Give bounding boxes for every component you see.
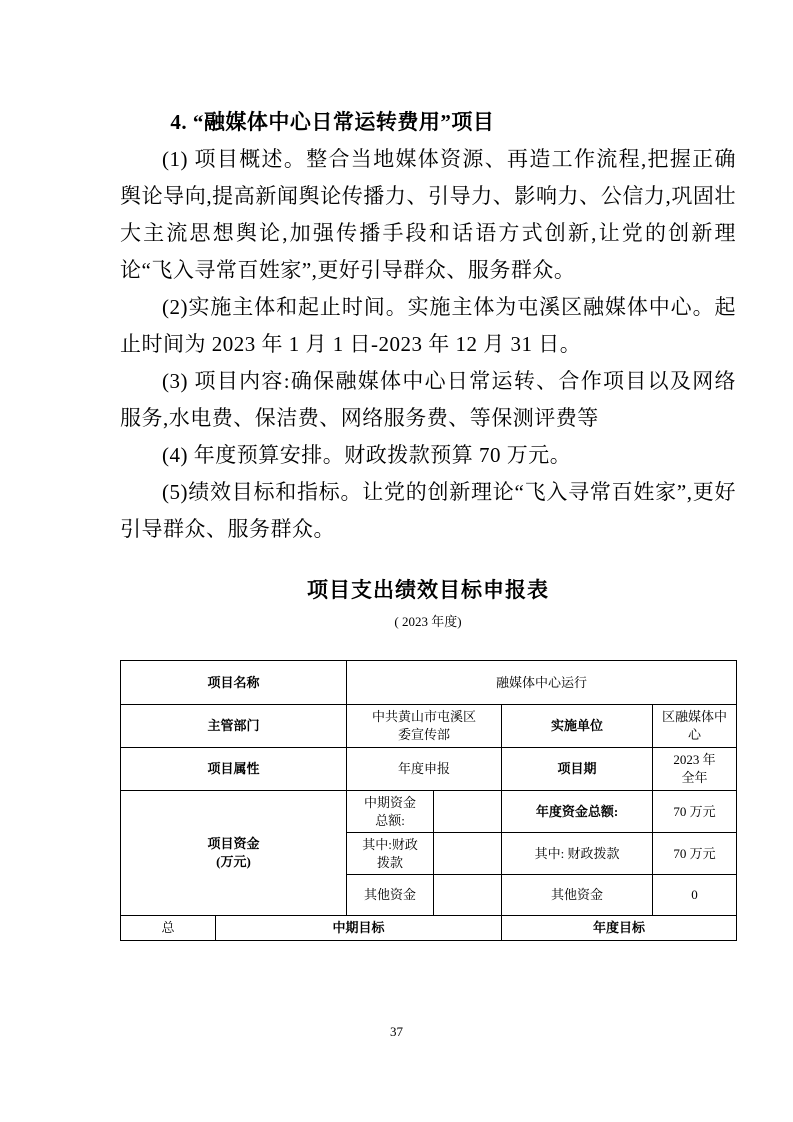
department-value: 中共黄山市屯溪区 委宣传部 — [347, 705, 502, 748]
mid-term-total-label: 中期资金 总额: — [347, 791, 434, 833]
mid-term-total-value-cell — [434, 791, 502, 833]
document-content: 4. “融媒体中心日常运转费用”项目 (1) 项目概述。整合当地媒体资源、再造工… — [0, 0, 793, 941]
mid-term-goal-header: 中期目标 — [216, 916, 502, 941]
performance-target-table: 项目名称 融媒体中心运行 主管部门 中共黄山市屯溪区 委宣传部 实施单位 区融媒… — [120, 660, 737, 941]
annual-other-value: 0 — [653, 875, 737, 916]
paragraph-performance: (5)绩效目标和指标。让党的创新理论“飞入寻常百姓家”,更好引导群众、服务群众。 — [120, 474, 736, 548]
table-row: 项目名称 融媒体中心运行 — [121, 661, 737, 705]
annual-other-label: 其他资金 — [502, 875, 653, 916]
impl-unit-value: 区融媒体中 心 — [653, 705, 737, 748]
attribute-value: 年度申报 — [347, 748, 502, 791]
period-value: 2023 年 全年 — [653, 748, 737, 791]
annual-total-label: 年度资金总额: — [502, 791, 653, 833]
department-label: 主管部门 — [121, 705, 347, 748]
mid-term-other-value-cell — [434, 875, 502, 916]
mid-term-fiscal-label: 其中:财政 拨款 — [347, 833, 434, 875]
mid-term-fiscal-value-cell — [434, 833, 502, 875]
total-label: 总 — [121, 916, 216, 941]
annual-fiscal-label: 其中: 财政拨款 — [502, 833, 653, 875]
paragraph-overview: (1) 项目概述。整合当地媒体资源、再造工作流程,把握正确舆论导向,提高新闻舆论… — [120, 141, 736, 289]
section-heading: 4. “融媒体中心日常运转费用”项目 — [120, 104, 736, 141]
attribute-label: 项目属性 — [121, 748, 347, 791]
impl-unit-label: 实施单位 — [502, 705, 653, 748]
annual-fiscal-value: 70 万元 — [653, 833, 737, 875]
annual-total-value: 70 万元 — [653, 791, 737, 833]
table-row: 主管部门 中共黄山市屯溪区 委宣传部 实施单位 区融媒体中 心 — [121, 705, 737, 748]
paragraph-budget: (4) 年度预算安排。财政拨款预算 70 万元。 — [120, 437, 736, 474]
table-row: 项目资金 (万元) 中期资金 总额: 年度资金总额: 70 万元 — [121, 791, 737, 833]
table-row: 项目属性 年度申报 项目期 2023 年 全年 — [121, 748, 737, 791]
period-label: 项目期 — [502, 748, 653, 791]
annual-goal-header: 年度目标 — [502, 916, 737, 941]
paragraph-subject-time: (2)实施主体和起止时间。实施主体为屯溪区融媒体中心。起止时间为 2023 年 … — [120, 289, 736, 363]
table-subtitle: ( 2023 年度) — [120, 611, 736, 630]
paragraph-content: (3) 项目内容:确保融媒体中心日常运转、合作项目以及网络服务,水电费、保洁费、… — [120, 363, 736, 437]
page-number: 37 — [0, 1024, 793, 1040]
project-name-value: 融媒体中心运行 — [347, 661, 737, 705]
project-name-label: 项目名称 — [121, 661, 347, 705]
project-funds-label: 项目资金 (万元) — [121, 791, 347, 916]
mid-term-other-label: 其他资金 — [347, 875, 434, 916]
document-page: 4. “融媒体中心日常运转费用”项目 (1) 项目概述。整合当地媒体资源、再造工… — [0, 0, 793, 1122]
table-row: 总 中期目标 年度目标 — [121, 916, 737, 941]
table-title: 项目支出绩效目标申报表 — [120, 574, 736, 604]
